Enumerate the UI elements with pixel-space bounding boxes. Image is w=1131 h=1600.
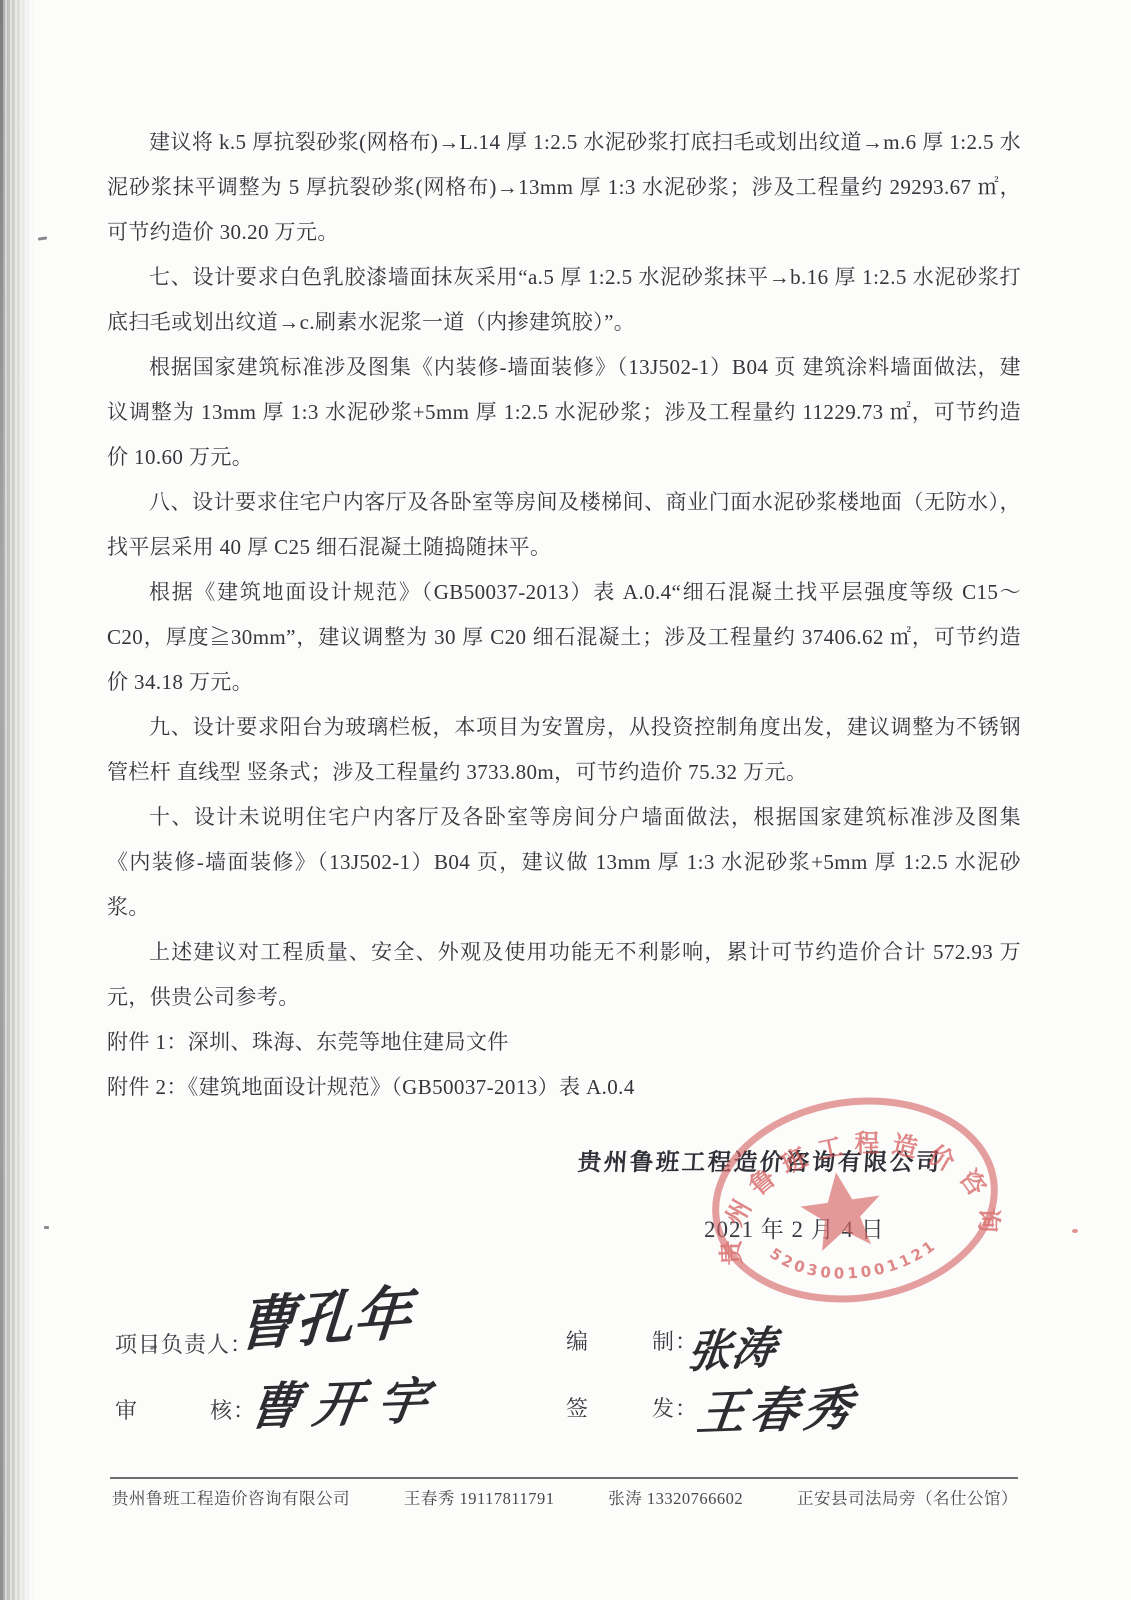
reviewer-label: 审 [115,1394,138,1425]
attachment-1-line: 附件 1：深圳、珠海、东莞等地住建局文件 [107,1020,1021,1065]
issuer-label-colon: 发： [652,1392,698,1423]
seal-star-icon [796,1167,886,1253]
seal-ink-speck [1072,1229,1078,1233]
paragraph-4: 八、设计要求住宅户内客厅及各卧室等房间及楼梯间、商业门面水泥砂浆楼地面（无防水）… [107,480,1021,570]
issuer-label: 签 [566,1392,589,1423]
paragraph-5: 根据《建筑地面设计规范》（GB50037-2013）表 A.0.4“细石混凝土找… [107,570,1021,705]
scan-speck [38,236,47,240]
footer-company: 贵州鲁班工程造价咨询有限公司 [112,1485,350,1509]
document-body: 建议将 k.5 厚抗裂砂浆(网格布)→L.14 厚 1:2.5 水泥砂浆打底扫毛… [107,120,1021,1110]
compiler-signature: 张涛 [685,1311,780,1380]
paragraph-2: 七、设计要求白色乳胶漆墙面抹灰采用“a.5 厚 1:2.5 水泥砂浆抹平→b.1… [107,255,1021,345]
project-leader-label: 项目负责人： [115,1328,253,1359]
footer-contact-2: 张涛 13320766602 [608,1485,743,1509]
footer-address: 正安县司法局旁（名仕公馆） [797,1485,1018,1509]
scan-speck [44,1226,49,1229]
footer-contact-1: 王春秀 19117811791 [404,1485,555,1509]
official-seal: 贵州鲁班工程造价咨询有限公司 5203001001121 [680,1075,1030,1335]
paragraph-3: 根据国家建筑标准涉及图集《内装修-墙面装修》（13J502-1）B04 页 建筑… [107,345,1021,480]
footer-divider [110,1477,1018,1479]
paragraph-6: 九、设计要求阳台为玻璃栏板，本项目为安置房，从投资控制角度出发，建议调整为不锈钢… [107,705,1021,795]
project-leader-signature: 曹孔年 [235,1266,415,1363]
compiler-label: 编 [566,1325,589,1356]
footer: 贵州鲁班工程造价咨询有限公司 王春秀 19117811791 张涛 133207… [112,1485,1018,1509]
paragraph-7: 十、设计未说明住宅户内客厅及各卧室等房间分户墙面做法，根据国家建筑标准涉及图集《… [107,795,1021,930]
paragraph-1: 建议将 k.5 厚抗裂砂浆(网格布)→L.14 厚 1:2.5 水泥砂浆打底扫毛… [107,120,1021,255]
paragraph-8: 上述建议对工程质量、安全、外观及使用功能无不利影响，累计可节约造价合计 572.… [107,930,1021,1020]
scan-edge-shadow [0,0,38,1600]
reviewer-signature: 曹开宇 [245,1360,447,1439]
issuer-signature: 王春秀 [694,1369,861,1444]
